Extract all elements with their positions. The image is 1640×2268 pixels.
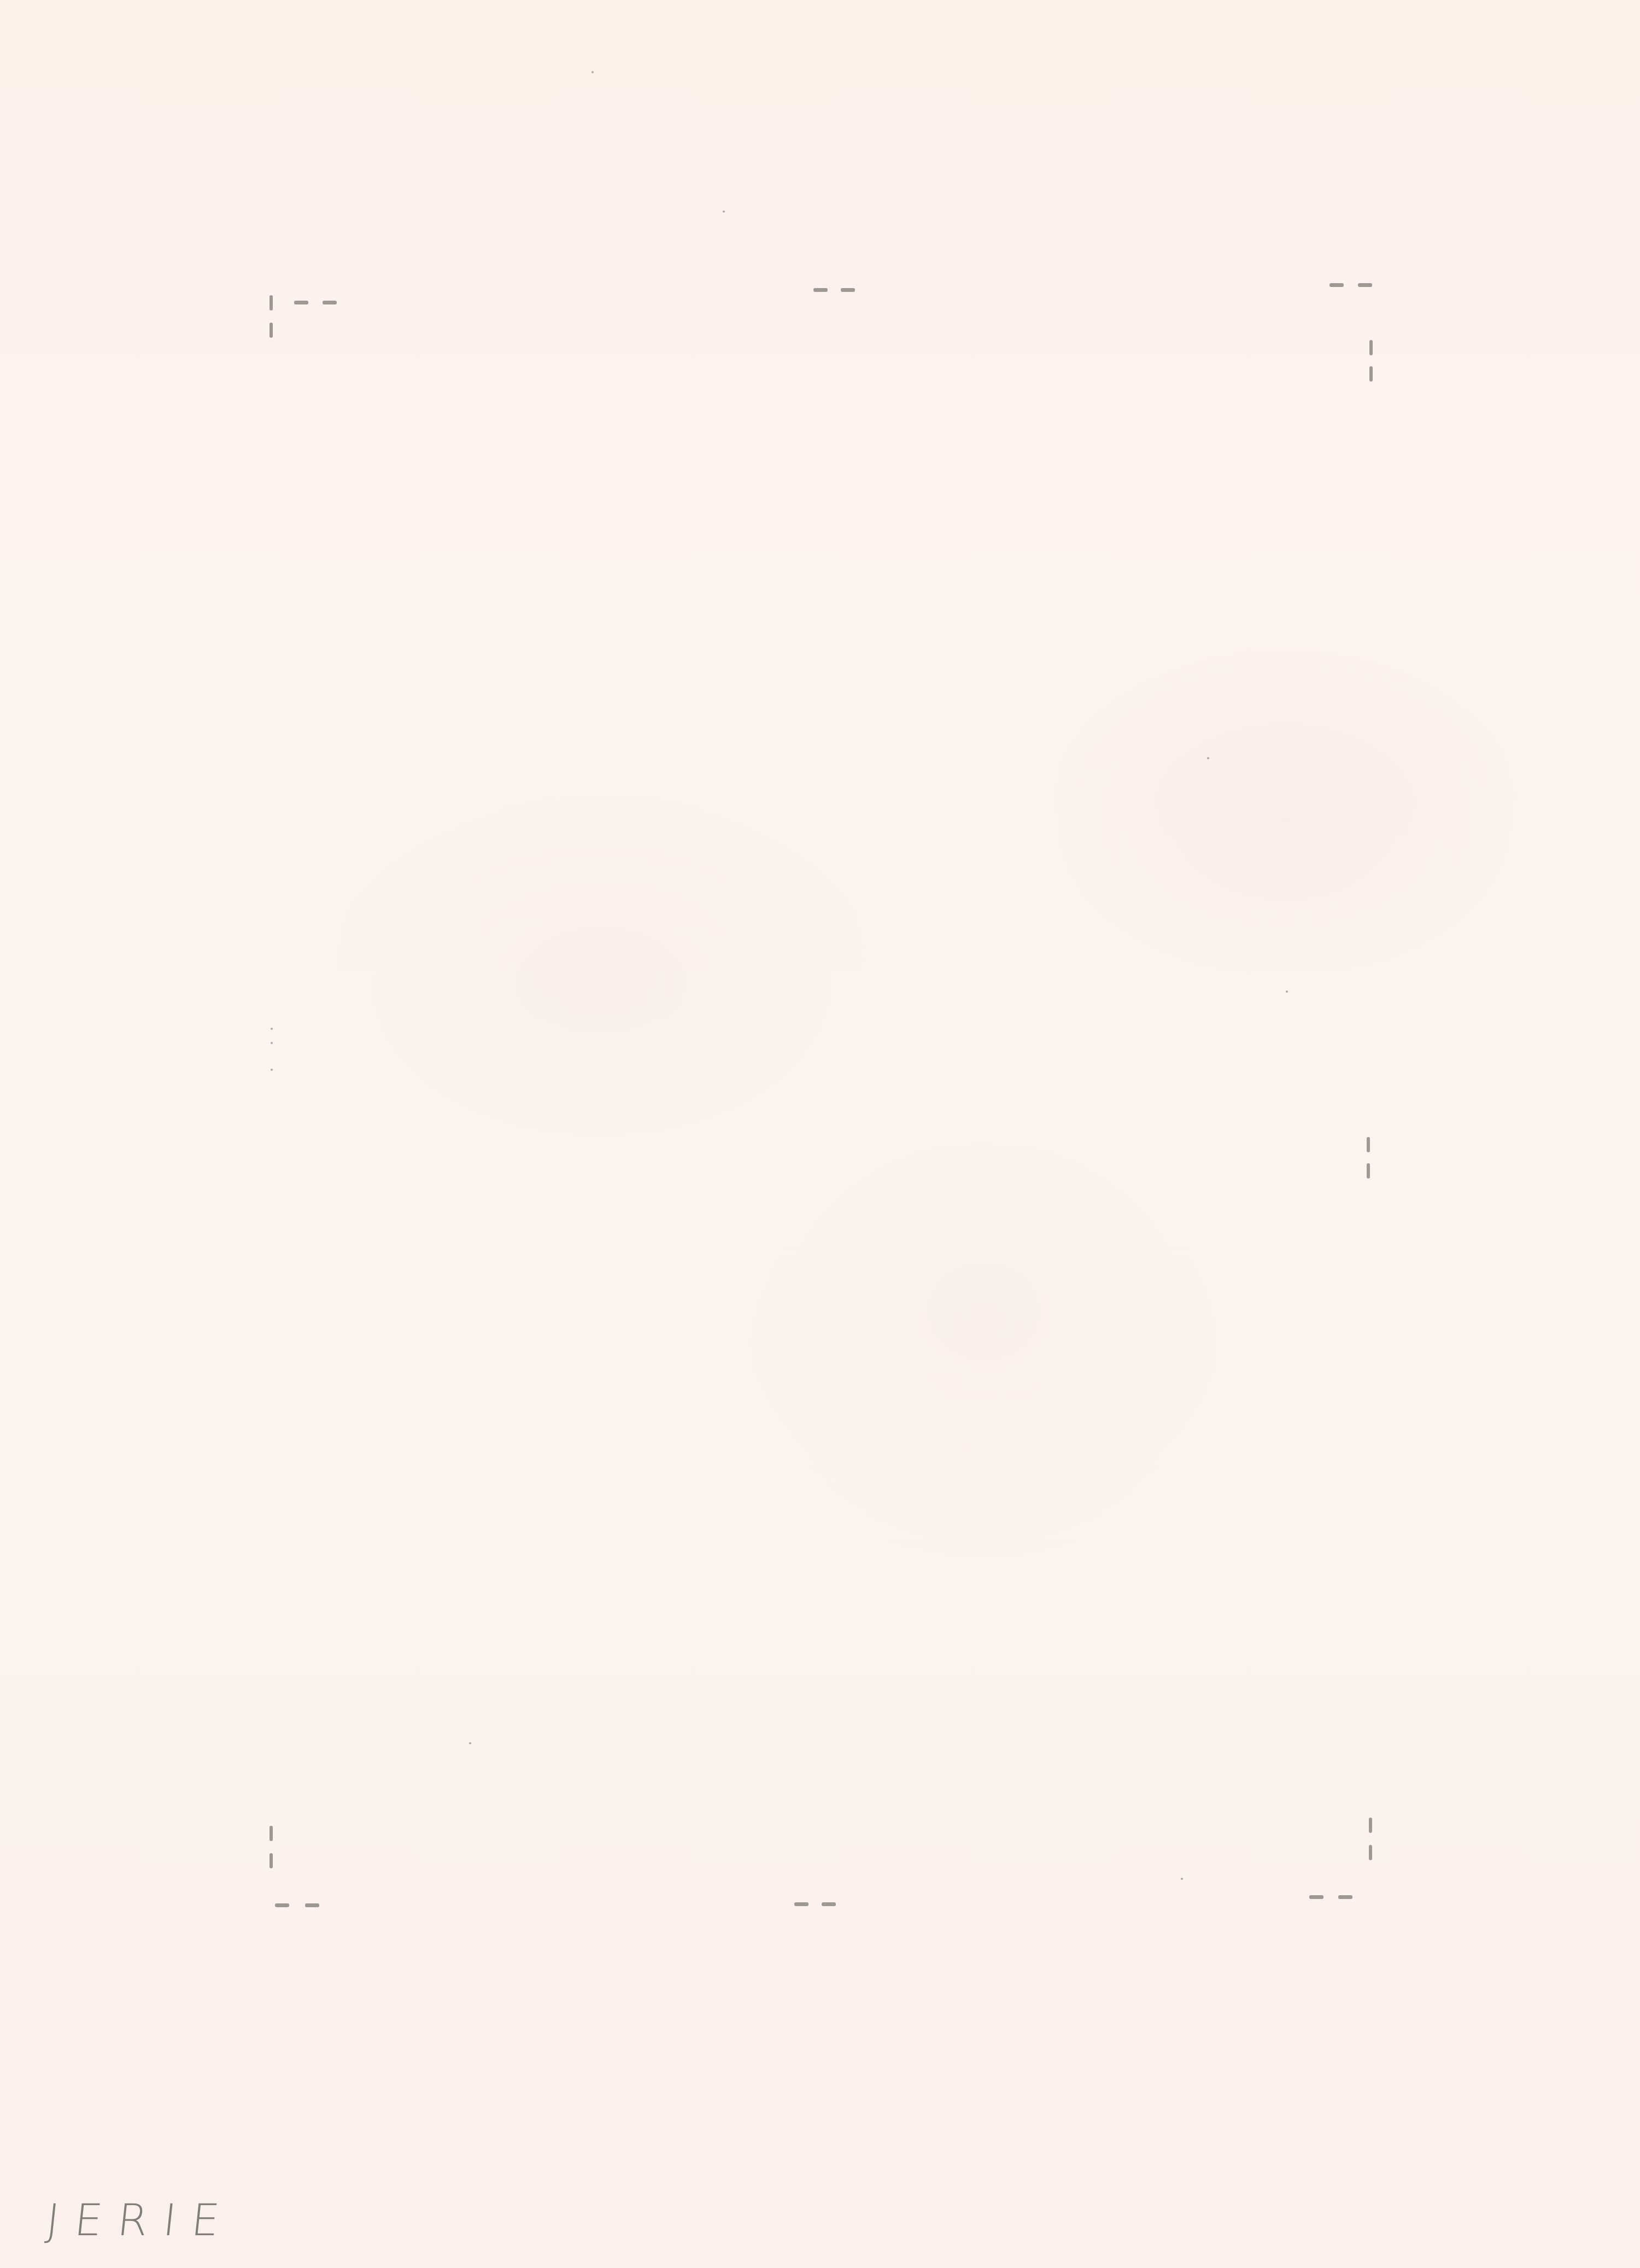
paper-speck: [469, 1742, 471, 1744]
paper-speck: [723, 210, 725, 213]
handwritten-signature: JERIE: [44, 2195, 237, 2246]
paper-speck: [591, 71, 594, 73]
paper-speck: [1207, 757, 1209, 759]
paper-speck: [1286, 991, 1288, 993]
paper-sheet: [0, 0, 1640, 2268]
paper-speck: [1181, 1878, 1183, 1880]
